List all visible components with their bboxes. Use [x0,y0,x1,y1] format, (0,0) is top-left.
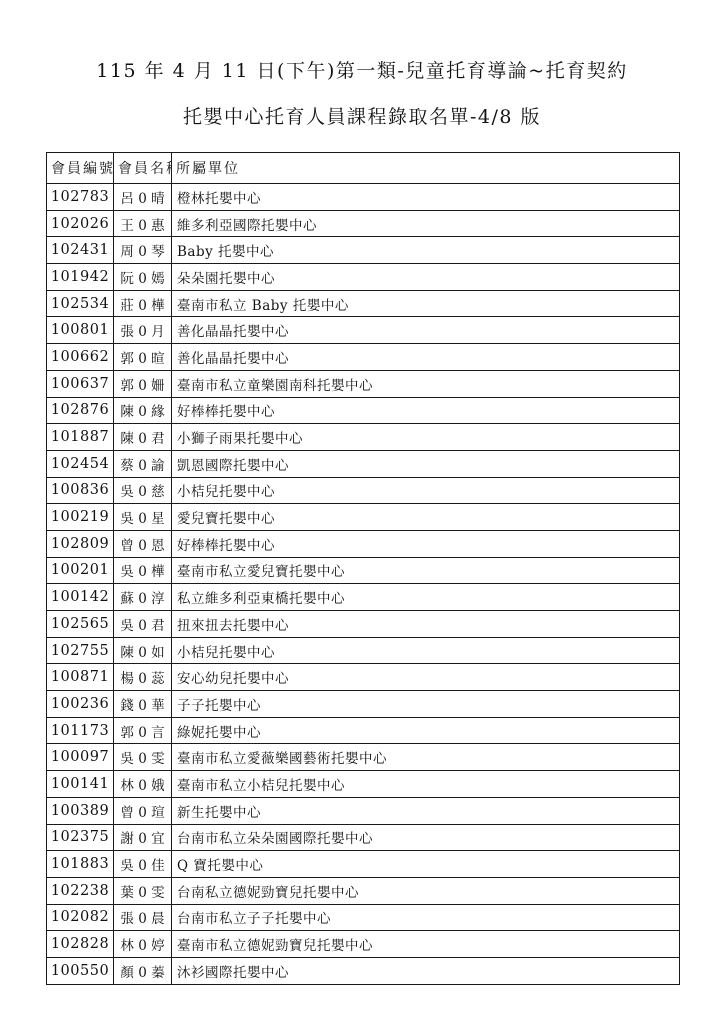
member-name-cell: 吳 0 樺 [114,557,172,584]
unit-cell: 台南私立德妮勁寶兒托嬰中心 [172,877,680,904]
member-name-cell: 吳 0 雯 [114,744,172,771]
table-row: 102238 葉 0 雯 台南私立德妮勁寶兒托嬰中心 [47,877,680,904]
table-row: 101942 阮 0 嫣 朵朵園托嬰中心 [47,264,680,291]
document-title-line1: 115 年 4 月 11 日(下午)第一類-兒童托育導論~托育契約 [0,56,724,83]
member-id-cell: 102755 [47,637,114,664]
unit-cell: 沐衫國際托嬰中心 [172,957,680,984]
header-member-name: 會員名稱 [114,153,172,184]
member-id-cell: 100389 [47,797,114,824]
member-name-cell: 楊 0 蕊 [114,664,172,691]
member-name-cell: 阮 0 嫣 [114,264,172,291]
member-id-cell: 101942 [47,264,114,291]
member-id-cell: 100219 [47,504,114,531]
table-row: 102783 呂 0 晴 橙林托嬰中心 [47,184,680,211]
member-id-cell: 101173 [47,717,114,744]
member-id-cell: 100097 [47,744,114,771]
unit-cell: 臺南市私立愛薇樂國藝術托嬰中心 [172,744,680,771]
unit-cell: 臺南市私立小桔兒托嬰中心 [172,771,680,798]
unit-cell: 朵朵園托嬰中心 [172,264,680,291]
table-row: 102755 陳 0 如 小桔兒托嬰中心 [47,637,680,664]
member-id-cell: 100836 [47,477,114,504]
member-id-cell: 100637 [47,370,114,397]
table-row: 100389 曾 0 瑄 新生托嬰中心 [47,797,680,824]
document-page: 115 年 4 月 11 日(下午)第一類-兒童托育導論~托育契約 托嬰中心托育… [0,0,724,1024]
member-id-cell: 102565 [47,611,114,638]
member-name-cell: 郭 0 言 [114,717,172,744]
unit-cell: 綠妮托嬰中心 [172,717,680,744]
table-row: 102828 林 0 婷 臺南市私立德妮勁寶兒托嬰中心 [47,931,680,958]
member-name-cell: 曾 0 瑄 [114,797,172,824]
member-name-cell: 張 0 晨 [114,904,172,931]
unit-cell: 台南市私立朵朵園國際托嬰中心 [172,824,680,851]
unit-cell: 好棒棒托嬰中心 [172,397,680,424]
member-id-cell: 102238 [47,877,114,904]
table-row: 100836 吳 0 慈 小桔兒托嬰中心 [47,477,680,504]
unit-cell: 愛兒寶托嬰中心 [172,504,680,531]
unit-cell: 小桔兒托嬰中心 [172,477,680,504]
member-name-cell: 周 0 琴 [114,237,172,264]
unit-cell: 小桔兒托嬰中心 [172,637,680,664]
member-id-cell: 102534 [47,290,114,317]
member-name-cell: 王 0 惠 [114,210,172,237]
member-name-cell: 顏 0 蓁 [114,957,172,984]
member-id-cell: 100662 [47,344,114,371]
member-name-cell: 吳 0 佳 [114,851,172,878]
header-unit: 所屬單位 [172,153,680,184]
table-row: 100550 顏 0 蓁 沐衫國際托嬰中心 [47,957,680,984]
unit-cell: Baby 托嬰中心 [172,237,680,264]
table-row: 102534 莊 0 樺 臺南市私立 Baby 托嬰中心 [47,290,680,317]
member-name-cell: 郭 0 姍 [114,370,172,397]
member-name-cell: 謝 0 宜 [114,824,172,851]
table-row: 100662 郭 0 暄 善化晶晶托嬰中心 [47,344,680,371]
member-id-cell: 100236 [47,691,114,718]
unit-cell: 善化晶晶托嬰中心 [172,317,680,344]
table-row: 100871 楊 0 蕊 安心幼兒托嬰中心 [47,664,680,691]
table-row: 102431 周 0 琴 Baby 托嬰中心 [47,237,680,264]
unit-cell: 橙林托嬰中心 [172,184,680,211]
unit-cell: 安心幼兒托嬰中心 [172,664,680,691]
unit-cell: 臺南市私立 Baby 托嬰中心 [172,290,680,317]
table-row: 101173 郭 0 言 綠妮托嬰中心 [47,717,680,744]
member-id-cell: 101883 [47,851,114,878]
table-row: 100801 張 0 月 善化晶晶托嬰中心 [47,317,680,344]
unit-cell: 臺南市私立愛兒寶托嬰中心 [172,557,680,584]
member-id-cell: 101887 [47,424,114,451]
member-name-cell: 林 0 婷 [114,931,172,958]
unit-cell: 私立維多利亞東橋托嬰中心 [172,584,680,611]
unit-cell: 子子托嬰中心 [172,691,680,718]
table-row: 100201 吳 0 樺 臺南市私立愛兒寶托嬰中心 [47,557,680,584]
member-id-cell: 100141 [47,771,114,798]
header-member-id: 會員編號 [47,153,114,184]
unit-cell: 臺南市私立童樂園南科托嬰中心 [172,370,680,397]
table-row: 100637 郭 0 姍 臺南市私立童樂園南科托嬰中心 [47,370,680,397]
member-id-cell: 102783 [47,184,114,211]
table-row: 100236 錢 0 華 子子托嬰中心 [47,691,680,718]
member-id-cell: 100142 [47,584,114,611]
member-name-cell: 蔡 0 諭 [114,450,172,477]
unit-cell: Q 寶托嬰中心 [172,851,680,878]
member-id-cell: 102375 [47,824,114,851]
member-name-cell: 郭 0 暄 [114,344,172,371]
table-row: 102876 陳 0 緣 好棒棒托嬰中心 [47,397,680,424]
unit-cell: 扭來扭去托嬰中心 [172,611,680,638]
member-id-cell: 102454 [47,450,114,477]
table-row: 100097 吳 0 雯 臺南市私立愛薇樂國藝術托嬰中心 [47,744,680,771]
unit-cell: 善化晶晶托嬰中心 [172,344,680,371]
table-row: 102454 蔡 0 諭 凱恩國際托嬰中心 [47,450,680,477]
member-id-cell: 100801 [47,317,114,344]
table-row: 102565 吳 0 君 扭來扭去托嬰中心 [47,611,680,638]
member-name-cell: 莊 0 樺 [114,290,172,317]
member-id-cell: 102809 [47,530,114,557]
member-name-cell: 陳 0 君 [114,424,172,451]
unit-cell: 臺南市私立德妮勁寶兒托嬰中心 [172,931,680,958]
table-row: 100141 林 0 娥 臺南市私立小桔兒托嬰中心 [47,771,680,798]
member-name-cell: 蘇 0 淳 [114,584,172,611]
member-id-cell: 102082 [47,904,114,931]
roster-table: 會員編號 會員名稱 所屬單位 102783 呂 0 晴 橙林托嬰中心 10202… [46,152,680,985]
table-row: 101883 吳 0 佳 Q 寶托嬰中心 [47,851,680,878]
document-title-line2: 托嬰中心托育人員課程錄取名單-4/8 版 [0,102,724,129]
unit-cell: 台南市私立子子托嬰中心 [172,904,680,931]
member-id-cell: 102876 [47,397,114,424]
unit-cell: 小獅子雨果托嬰中心 [172,424,680,451]
member-id-cell: 102828 [47,931,114,958]
member-name-cell: 張 0 月 [114,317,172,344]
member-name-cell: 吳 0 星 [114,504,172,531]
member-id-cell: 100201 [47,557,114,584]
table-row: 100219 吳 0 星 愛兒寶托嬰中心 [47,504,680,531]
member-name-cell: 陳 0 如 [114,637,172,664]
roster-table-body: 102783 呂 0 晴 橙林托嬰中心 102026 王 0 惠 維多利亞國際托… [47,184,680,985]
table-row: 102026 王 0 惠 維多利亞國際托嬰中心 [47,210,680,237]
member-id-cell: 100550 [47,957,114,984]
member-name-cell: 錢 0 華 [114,691,172,718]
unit-cell: 維多利亞國際托嬰中心 [172,210,680,237]
unit-cell: 好棒棒托嬰中心 [172,530,680,557]
table-row: 102082 張 0 晨 台南市私立子子托嬰中心 [47,904,680,931]
table-row: 102375 謝 0 宜 台南市私立朵朵園國際托嬰中心 [47,824,680,851]
member-id-cell: 102431 [47,237,114,264]
member-name-cell: 呂 0 晴 [114,184,172,211]
member-name-cell: 林 0 娥 [114,771,172,798]
member-id-cell: 100871 [47,664,114,691]
member-name-cell: 葉 0 雯 [114,877,172,904]
member-name-cell: 吳 0 慈 [114,477,172,504]
header-row: 會員編號 會員名稱 所屬單位 [47,153,680,184]
member-name-cell: 陳 0 緣 [114,397,172,424]
unit-cell: 凱恩國際托嬰中心 [172,450,680,477]
unit-cell: 新生托嬰中心 [172,797,680,824]
member-name-cell: 曾 0 恩 [114,530,172,557]
roster-table-header: 會員編號 會員名稱 所屬單位 [47,153,680,184]
member-name-cell: 吳 0 君 [114,611,172,638]
member-id-cell: 102026 [47,210,114,237]
table-row: 102809 曾 0 恩 好棒棒托嬰中心 [47,530,680,557]
table-row: 100142 蘇 0 淳 私立維多利亞東橋托嬰中心 [47,584,680,611]
table-row: 101887 陳 0 君 小獅子雨果托嬰中心 [47,424,680,451]
